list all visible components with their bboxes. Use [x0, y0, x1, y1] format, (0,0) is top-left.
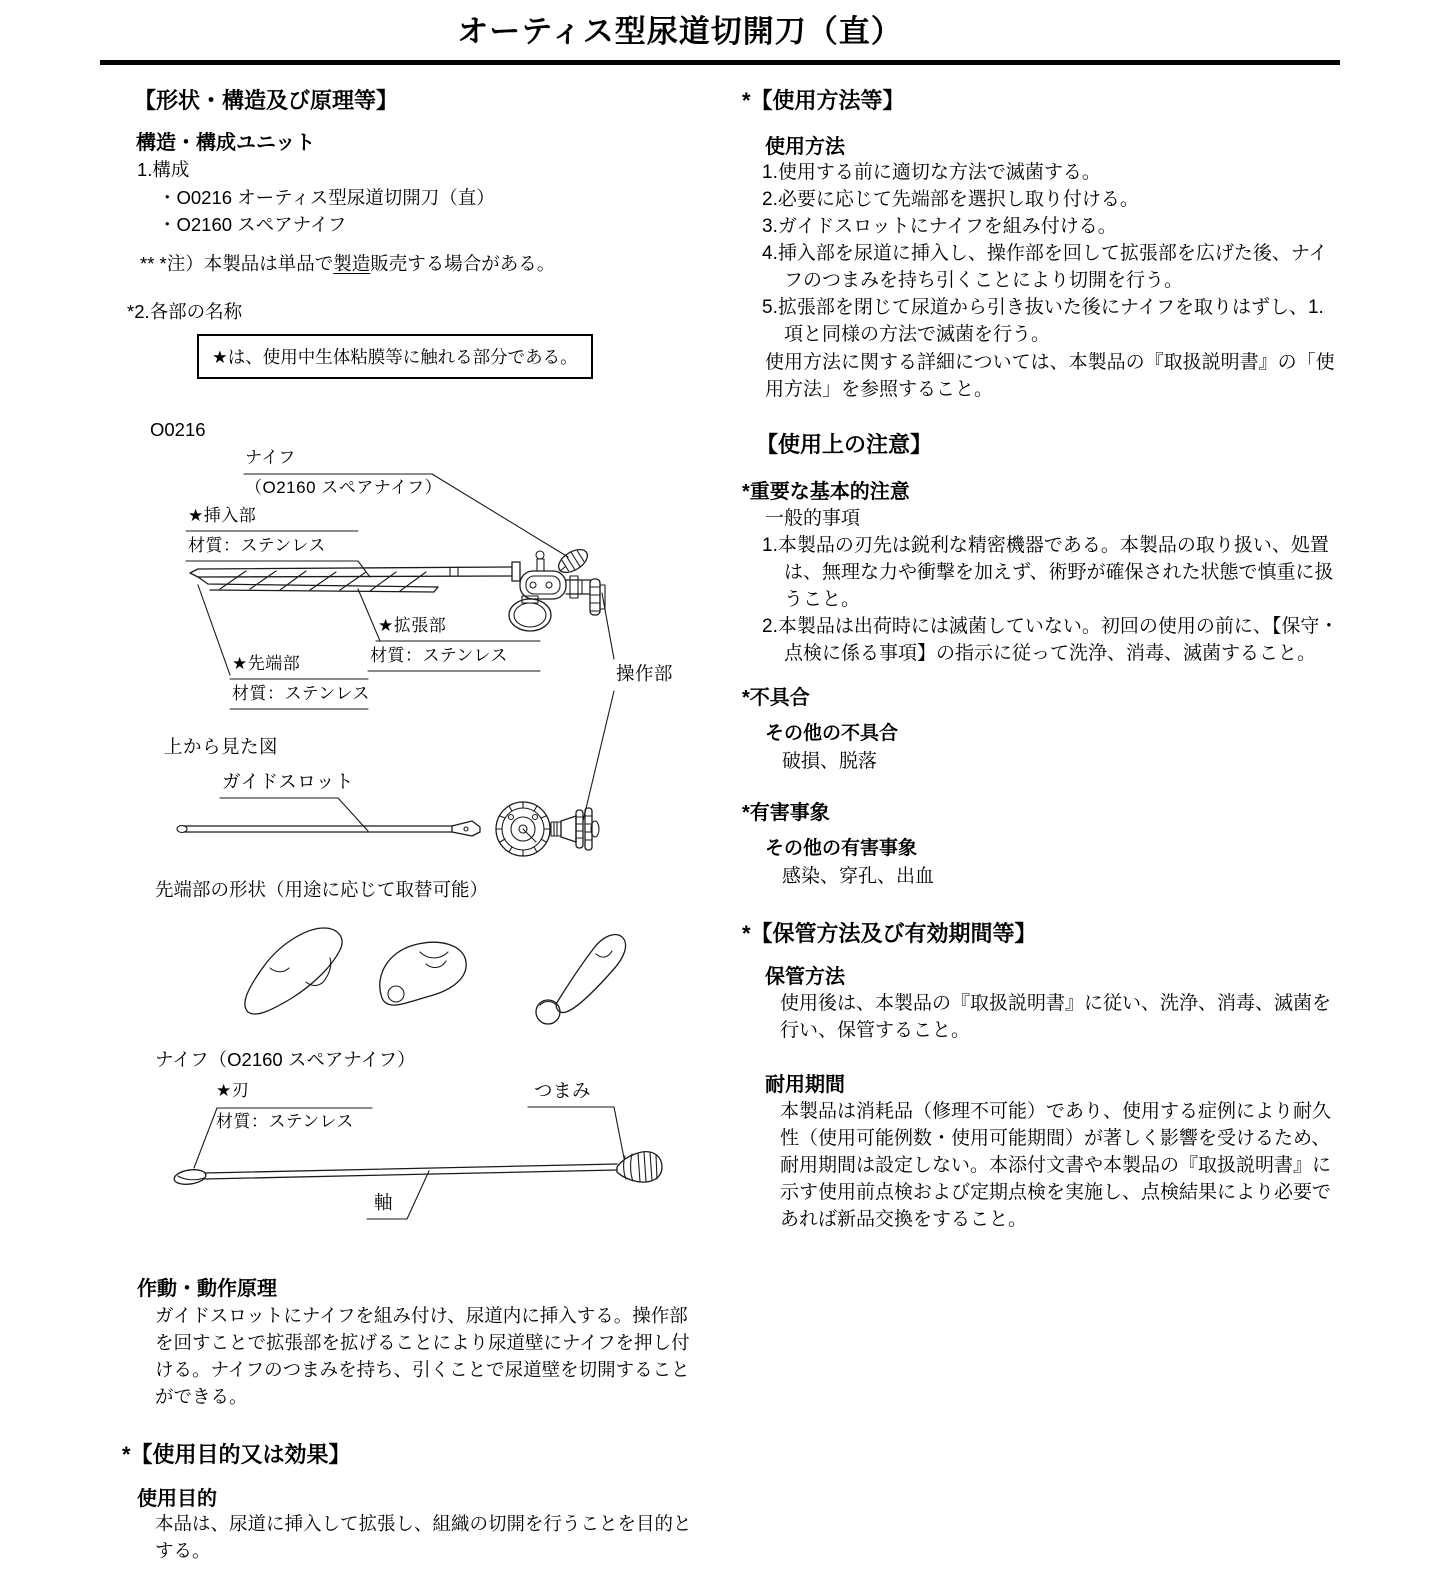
knife-callout-sublabel: （O2160 スペアナイフ）	[245, 477, 442, 499]
operation-part-label: 操作部	[616, 663, 673, 685]
structure-unit-heading: 構造・構成ユニット	[136, 126, 315, 155]
knife-figure: ★刃 材質：ステンレス つまみ 軸	[120, 1078, 700, 1233]
usage-step: 3.ガイドスロットにナイフを組み付ける。	[762, 213, 1340, 240]
composition-item: ・O2160 スペアナイフ	[158, 211, 495, 238]
paddle-pin	[464, 827, 468, 831]
dial-inner	[526, 576, 560, 594]
usage-detail-note: 使用方法に関する詳細については、本製品の『取扱説明書』の「使用方法」を参照するこ…	[765, 349, 1341, 403]
expansion-blade-top	[198, 577, 438, 587]
shaft-bottom-line	[198, 576, 512, 577]
adverse-events-body: 感染、穿孔、出血	[782, 863, 934, 890]
precautions-heading: 【使用上の注意】	[756, 428, 932, 459]
shaft-label: 軸	[374, 1192, 393, 1214]
purpose-sub-heading: 使用目的	[137, 1482, 217, 1511]
expansion-part-label: ★拡張部	[378, 615, 446, 637]
knife-knob	[555, 545, 592, 577]
shaft-top-line	[198, 567, 512, 569]
general-matters-label: 一般的事項	[765, 505, 860, 532]
top-view-caption: 上から見た図	[164, 736, 278, 758]
malfunction-body: 破損、脱落	[782, 748, 877, 775]
storage-method-heading: 保管方法	[765, 960, 845, 989]
device-main-figure: ナイフ （O2160 スペアナイフ） ★挿入部 材質：ステンレス ★拡張部 材質…	[120, 443, 700, 875]
usage-steps: 1.使用する前に適切な方法で滅菌する。 2.必要に応じて先端部を選択し取り付ける…	[762, 159, 1340, 348]
tip-shape-rounded	[380, 942, 466, 1005]
right-column: *【使用方法等】 使用方法 1.使用する前に適切な方法で滅菌する。 2.必要に応…	[740, 0, 1340, 1593]
shaft-collar	[450, 567, 458, 576]
usage-step: 4.挿入部を尿道に挿入し、操作部を回して拡張部を広げた後、ナイフのつまみを持ち引…	[762, 240, 1340, 294]
blade-material-label: 材質：ステンレス	[216, 1111, 354, 1133]
tip-material-label: 材質：ステンレス	[232, 683, 370, 705]
top-paddle	[452, 821, 480, 836]
knife-line-art	[120, 1078, 700, 1233]
dial-side	[520, 571, 566, 599]
usage-step: 5.拡張部を閉じて尿道から引き抜いた後にナイフを取りはずし、1.項と同様の方法で…	[762, 294, 1340, 348]
dial-pin	[537, 559, 544, 571]
dial-detail	[530, 582, 536, 588]
top-knurl	[551, 822, 561, 836]
storage-method-body: 使用後は、本製品の『取扱説明書』に従い、洗浄、消毒、滅菌を行い、保管すること。	[780, 990, 1338, 1044]
composition-label: 1.構成	[137, 156, 189, 183]
tip-shapes-figure	[120, 900, 700, 1050]
principle-heading: 作動・動作原理	[137, 1272, 277, 1301]
note-suffix: 販売する場合がある。	[370, 253, 555, 274]
tip-part-label: ★先端部	[232, 653, 300, 675]
top-shaft	[184, 826, 452, 832]
tip-shape-pointed	[245, 928, 342, 1014]
model-number-label: O0216	[150, 416, 206, 443]
finger-ring-outer	[509, 599, 551, 631]
top-disc-1	[576, 810, 583, 848]
parts-name-heading: *2.各部の名称	[127, 298, 242, 325]
adverse-events-heading: *有害事象	[754, 796, 830, 825]
operation-knob-side	[590, 579, 600, 615]
dial-screw	[533, 815, 538, 820]
knife-blade	[173, 1168, 207, 1186]
handle-detail	[570, 576, 578, 598]
finger-ring-inner	[514, 603, 546, 627]
purpose-body: 本品は、尿道に挿入して拡張し、組織の切開を行うことを目的とする。	[155, 1510, 697, 1564]
shaft-tip	[190, 569, 198, 577]
knife-figure-caption: ナイフ（O2160 スペアナイフ）	[155, 1046, 416, 1073]
expansion-material-label: 材質：ステンレス	[370, 645, 508, 667]
section-shape-heading: 【形状・構造及び原理等】	[134, 84, 398, 115]
important-precautions-heading: *重要な基本的注意	[754, 475, 910, 504]
tip-shape-ball	[536, 935, 626, 1024]
precaution-items: 1.本製品の刃先は鋭利な精密機器である。本製品の取り扱い、処置は、無理な力や衝撃…	[762, 532, 1340, 667]
lifetime-body: 本製品は消耗品（修理不可能）であり、使用する症例により耐久性（使用可能例数・使用…	[780, 1098, 1338, 1233]
top-dial-pointer	[523, 829, 536, 842]
shaft-joint	[512, 562, 520, 581]
usage-step: 2.必要に応じて先端部を選択し取り付ける。	[762, 186, 1340, 213]
storage-section-heading: *【保管方法及び有効期間等】	[754, 917, 1037, 948]
knob-neck	[560, 567, 565, 571]
top-shaft-tip	[177, 826, 187, 833]
precaution-item: 2.本製品は出荷時には滅菌していない。初回の使用の前に、【保守・点検に係る事項】…	[762, 613, 1340, 667]
insertion-material-label: 材質：ステンレス	[188, 535, 326, 557]
star-note-box: ★は、使用中生体粘膜等に触れる部分である。	[197, 334, 593, 379]
tip-shapes-caption: 先端部の形状（用途に応じて取替可能）	[155, 876, 488, 903]
dial-screw	[509, 815, 514, 820]
principle-body: ガイドスロットにナイフを組み付け、尿道内に挿入する。操作部を回すことで拡張部を拡…	[155, 1302, 697, 1410]
purpose-section-heading: *【使用目的又は効果】	[134, 1438, 351, 1469]
device-top-view	[177, 802, 599, 856]
malfunction-sub-heading: その他の不具合	[765, 718, 898, 745]
insertion-part-label: ★挿入部	[188, 505, 256, 527]
knob-label: つまみ	[534, 1080, 591, 1102]
precaution-item: 1.本製品の刃先は鋭利な精密機器である。本製品の取り扱い、処置は、無理な力や衝撃…	[762, 532, 1340, 613]
package-insert-page: オーティス型尿道切開刀（直） 【形状・構造及び原理等】 構造・構成ユニット 1.…	[0, 0, 1440, 1593]
malfunction-heading: *不具合	[754, 681, 810, 710]
note-prefix: ** *注）本製品は単品で	[140, 253, 333, 274]
dial-pin-top	[536, 551, 544, 559]
dial-detail	[546, 582, 552, 588]
usage-sub-heading: 使用方法	[765, 130, 845, 159]
single-sale-note: ** *注）本製品は単品で製造販売する場合がある。	[140, 250, 555, 277]
note-underlined: 製造	[333, 253, 370, 274]
knife-drawing	[173, 1152, 662, 1187]
adverse-events-sub-heading: その他の有害事象	[765, 833, 917, 860]
composition-list: ・O0216 オーティス型尿道切開刀（直） ・O2160 スペアナイフ	[158, 184, 495, 238]
lifetime-heading: 耐用期間	[765, 1068, 845, 1097]
knife-callout-label: ナイフ	[245, 447, 296, 469]
tip-shapes-line-art	[120, 900, 700, 1050]
usage-section-heading: *【使用方法等】	[754, 84, 905, 115]
composition-item: ・O0216 オーティス型尿道切開刀（直）	[158, 184, 495, 211]
left-column: 【形状・構造及び原理等】 構造・構成ユニット 1.構成 ・O0216 オーティス…	[120, 0, 705, 1593]
guide-slot-label: ガイドスロット	[222, 771, 354, 793]
blade-label: ★刃	[216, 1080, 249, 1102]
top-taper	[561, 816, 576, 842]
usage-step: 1.使用する前に適切な方法で滅菌する。	[762, 159, 1340, 186]
expansion-struts	[220, 571, 426, 591]
